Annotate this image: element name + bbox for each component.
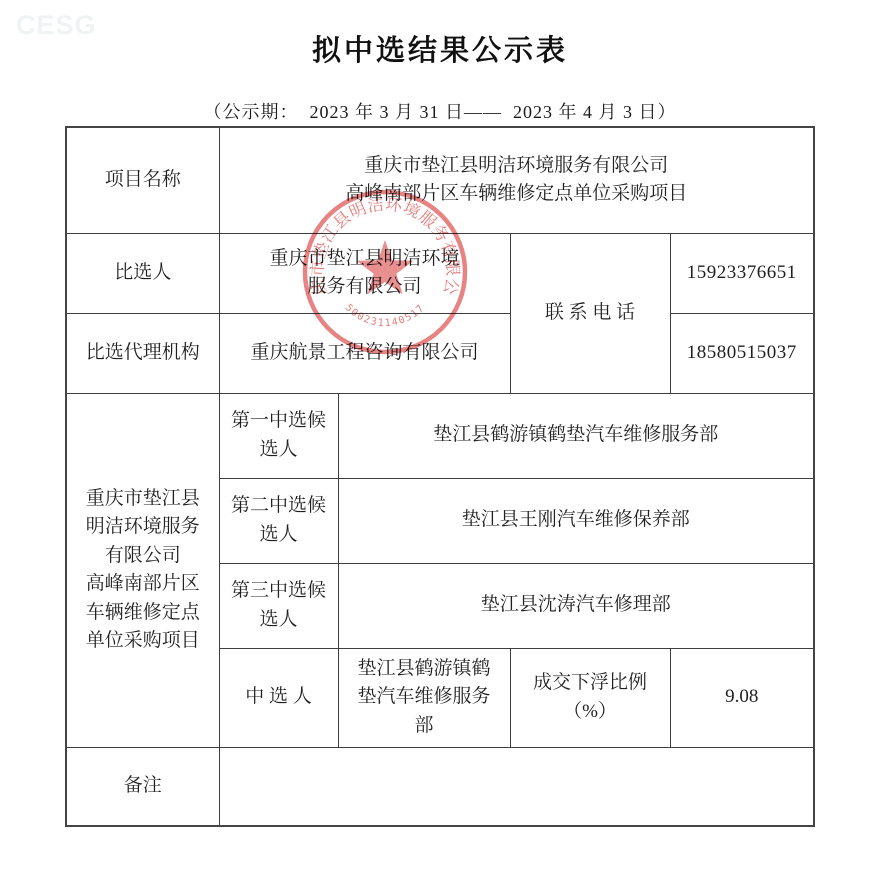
candidate-2-value-cell: 垫江县王刚汽车维修保养部 <box>338 478 814 563</box>
remarks-label-cell: 备注 <box>66 747 219 826</box>
candidate-1-label-cell: 第一中选候选人 <box>219 393 338 478</box>
agency-row: 比选代理机构 重庆航景工程咨询有限公司 18580515037 <box>66 313 814 393</box>
project-name-line1: 重庆市垫江县明洁环境服务有限公司 <box>230 152 804 181</box>
contact-phone-label-cell: 联 系 电 话 <box>510 233 670 393</box>
project-summary-line1: 重庆市垫江县明洁环境服务有限公司 <box>77 485 209 571</box>
project-name-value-cell: 重庆市垫江县明洁环境服务有限公司 高峰南部片区车辆维修定点单位采购项目 <box>219 127 814 233</box>
remarks-value-cell <box>219 747 814 826</box>
comparer-value-cell: 重庆市垫江县明洁环境服务有限公司 <box>219 233 510 313</box>
project-name-line2: 高峰南部片区车辆维修定点单位采购项目 <box>230 180 804 209</box>
comparer-phone-cell: 15923376651 <box>670 233 814 313</box>
winner-value-cell: 垫江县鹤游镇鹤垫汽车维修服务部 <box>338 648 510 747</box>
project-summary-line2: 高峰南部片区车辆维修定点单位采购项目 <box>77 570 209 656</box>
discount-value-cell: 9.08 <box>670 648 814 747</box>
candidate-2-label-cell: 第二中选候选人 <box>219 478 338 563</box>
agency-phone-cell: 18580515037 <box>670 313 814 393</box>
page-root: { "watermark": "CESG", "document": { "ti… <box>0 0 880 873</box>
agency-label-cell: 比选代理机构 <box>66 313 219 393</box>
winner-label-cell: 中 选 人 <box>219 648 338 747</box>
results-table: 项目名称 重庆市垫江县明洁环境服务有限公司 高峰南部片区车辆维修定点单位采购项目… <box>65 126 815 827</box>
project-name-row: 项目名称 重庆市垫江县明洁环境服务有限公司 高峰南部片区车辆维修定点单位采购项目 <box>66 127 814 233</box>
candidate-3-label-cell: 第三中选候选人 <box>219 563 338 648</box>
page-title: 拟中选结果公示表 <box>0 28 880 69</box>
comparer-row: 比选人 重庆市垫江县明洁环境服务有限公司 联 系 电 话 15923376651 <box>66 233 814 313</box>
agency-value-cell: 重庆航景工程咨询有限公司 <box>219 313 510 393</box>
candidate-3-value-cell: 垫江县沈涛汽车修理部 <box>338 563 814 648</box>
candidate-row-1: 重庆市垫江县明洁环境服务有限公司 高峰南部片区车辆维修定点单位采购项目 第一中选… <box>66 393 814 478</box>
publicity-period: （公示期： 2023 年 3 月 31 日—— 2023 年 4 月 3 日） <box>0 98 880 124</box>
comparer-label-cell: 比选人 <box>66 233 219 313</box>
remarks-row: 备注 <box>66 747 814 826</box>
discount-label-cell: 成交下浮比例（%） <box>510 648 670 747</box>
project-name-label-cell: 项目名称 <box>66 127 219 233</box>
candidate-1-value-cell: 垫江县鹤游镇鹤垫汽车维修服务部 <box>338 393 814 478</box>
comparer-value: 重庆市垫江县明洁环境服务有限公司 <box>265 245 465 302</box>
project-summary-cell: 重庆市垫江县明洁环境服务有限公司 高峰南部片区车辆维修定点单位采购项目 <box>66 393 219 747</box>
